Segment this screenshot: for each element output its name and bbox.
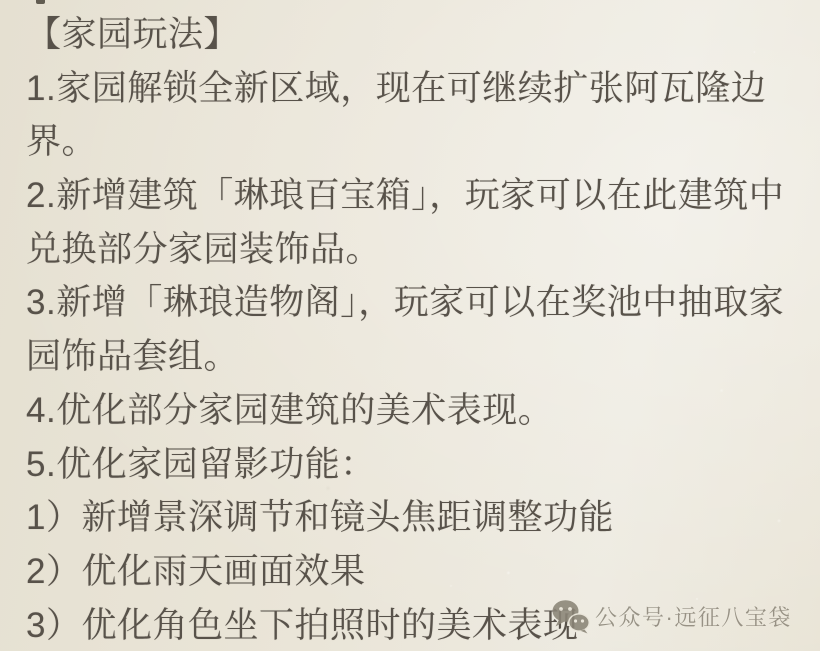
watermark-label: 公众号·远征八宝袋 xyxy=(595,601,792,632)
note-subline: 2）优化雨天画面效果 xyxy=(26,545,820,599)
note-subline: 1）新增景深调节和镜头焦距调整功能 xyxy=(26,491,820,545)
note-line: 4.优化部分家园建筑的美术表现。 xyxy=(26,384,820,438)
cropped-glyph-fragment xyxy=(36,0,45,4)
note-line: 1.家园解锁全新区域，现在可继续扩张阿瓦隆边 xyxy=(26,62,820,116)
note-line: 园饰品套组。 xyxy=(26,330,820,384)
wechat-icon xyxy=(551,599,590,634)
watermark: 公众号·远征八宝袋 xyxy=(551,599,792,634)
note-line: 3.新增「琳琅造物阁」，玩家可以在奖池中抽取家 xyxy=(26,276,820,330)
patch-notes-page: 【家园玩法】 1.家园解锁全新区域，现在可继续扩张阿瓦隆边 界。 2.新增建筑「… xyxy=(0,0,820,651)
note-line: 界。 xyxy=(26,115,820,169)
note-line: 5.优化家园留影功能： xyxy=(26,438,820,492)
note-line: 2.新增建筑「琳琅百宝箱」，玩家可以在此建筑中 xyxy=(26,169,820,223)
patch-notes-text: 【家园玩法】 1.家园解锁全新区域，现在可继续扩张阿瓦隆边 界。 2.新增建筑「… xyxy=(26,8,820,651)
note-line: 兑换部分家园装饰品。 xyxy=(26,223,820,277)
section-title: 【家园玩法】 xyxy=(26,8,820,62)
